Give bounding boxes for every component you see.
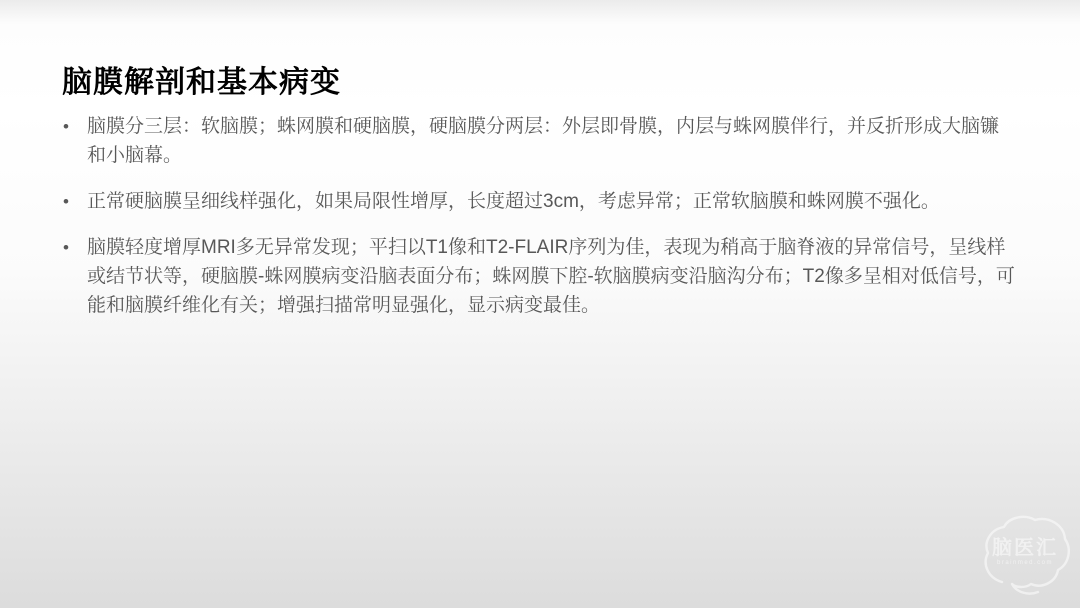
bullet-text: 正常硬脑膜呈细线样强化，如果局限性增厚，长度超过3cm，考虑异常；正常软脑膜和蛛… — [87, 187, 1015, 216]
bullet-icon: • — [63, 112, 87, 141]
bullet-text: 脑膜分三层：软脑膜；蛛网膜和硬脑膜，硬脑膜分两层：外层即骨膜，内层与蛛网膜伴行，… — [87, 112, 1015, 170]
bullet-icon: • — [63, 187, 87, 216]
watermark-brand-text: 脑医汇 — [978, 538, 1072, 558]
list-item: • 脑膜轻度增厚MRI多无异常发现；平扫以T1像和T2-FLAIR序列为佳，表现… — [63, 233, 1015, 320]
bullet-text: 脑膜轻度增厚MRI多无异常发现；平扫以T1像和T2-FLAIR序列为佳，表现为稍… — [87, 233, 1015, 320]
list-item: • 脑膜分三层：软脑膜；蛛网膜和硬脑膜，硬脑膜分两层：外层即骨膜，内层与蛛网膜伴… — [63, 112, 1015, 170]
bullet-list: • 脑膜分三层：软脑膜；蛛网膜和硬脑膜，硬脑膜分两层：外层即骨膜，内层与蛛网膜伴… — [63, 112, 1015, 337]
slide-title: 脑膜解剖和基本病变 — [62, 64, 341, 102]
bullet-icon: • — [63, 233, 87, 262]
presentation-slide: 脑膜解剖和基本病变 • 脑膜分三层：软脑膜；蛛网膜和硬脑膜，硬脑膜分两层：外层即… — [0, 0, 1080, 608]
watermark-subtext: brainmed.com — [978, 560, 1072, 566]
brain-logo-icon — [978, 512, 1072, 604]
list-item: • 正常硬脑膜呈细线样强化，如果局限性增厚，长度超过3cm，考虑异常；正常软脑膜… — [63, 187, 1015, 216]
brand-watermark: 脑医汇 brainmed.com — [978, 512, 1072, 604]
